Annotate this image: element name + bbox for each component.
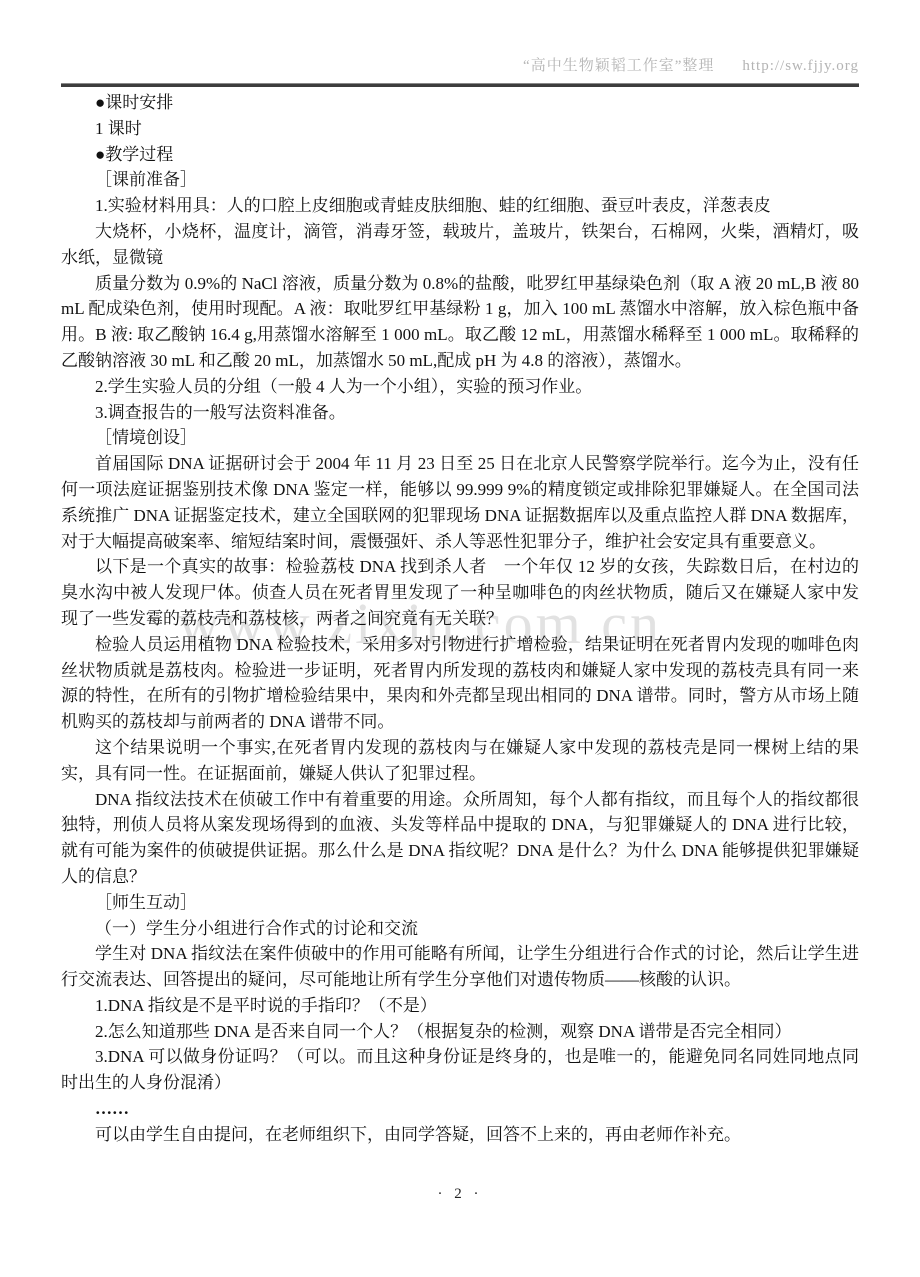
- para-question-2: 2.怎么知道那些 DNA 是否来自同一个人？（根据复杂的检测，观察 DNA 谱带…: [61, 1019, 859, 1045]
- para-question-3: 3.DNA 可以做身份证吗？（可以。而且这种身份证是终身的，也是唯一的，能避免同…: [61, 1044, 859, 1096]
- section-label-pre-class-prep: ［课前准备］: [61, 167, 859, 193]
- header-credit: “高中生物颖韬工作室”整理: [523, 54, 714, 75]
- para-report-writing-prep: 3.调查报告的一般写法资料准备。: [61, 400, 859, 426]
- para-result-conclusion: 这个结果说明一个事实,在死者胃内发现的荔枝肉与在嫌疑人家中发现的荔枝壳是同一棵树…: [61, 735, 859, 787]
- para-ellipsis: ……: [61, 1096, 859, 1122]
- section-label-scenario-creation: ［情境创设］: [61, 425, 859, 451]
- page-header: “高中生物颖韬工作室”整理 http://sw.fjjy.org: [61, 54, 859, 75]
- para-equipment-list: 大烧杯，小烧杯，温度计，滴管，消毒牙签，载玻片，盖玻片，铁架台，石棉网，火柴，酒…: [61, 219, 859, 271]
- text-one-class-hour: 1 课时: [61, 116, 859, 142]
- para-lychee-story-intro: 以下是一个真实的故事：检验荔枝 DNA 找到杀人者 一个年仅 12 岁的女孩，失…: [61, 554, 859, 631]
- para-experiment-materials: 1.实验材料用具：人的口腔上皮细胞或青蛙皮肤细胞、蛙的红细胞、蚕豆叶表皮，洋葱表…: [61, 193, 859, 219]
- para-discussion-guidance: 学生对 DNA 指纹法在案件侦破中的作用可能略有所闻，让学生分组进行合作式的讨论…: [61, 941, 859, 993]
- para-dna-testing-result: 检验人员运用植物 DNA 检验技术，采用多对引物进行扩增检验，结果证明在死者胃内…: [61, 632, 859, 735]
- header-url: http://sw.fjjy.org: [742, 58, 859, 75]
- bullet-item-class-hours: ●课时安排: [61, 90, 859, 116]
- document-page: “高中生物颖韬工作室”整理 http://sw.fjjy.org www.zix…: [0, 0, 920, 1277]
- header-rule: [61, 83, 859, 87]
- bullet-item-teaching-process: ●教学过程: [61, 142, 859, 168]
- para-dna-fingerprint-use: DNA 指纹法技术在侦破工作中有着重要的用途。众所周知，每个人都有指纹，而且每个…: [61, 787, 859, 890]
- section-label-teacher-student-interaction: ［师生互动］: [61, 890, 859, 916]
- para-question-1: 1.DNA 指纹是不是平时说的手指印？（不是）: [61, 993, 859, 1019]
- document-body: ●课时安排 1 课时 ●教学过程 ［课前准备］ 1.实验材料用具：人的口腔上皮细…: [61, 90, 859, 1148]
- page-number: · 2 ·: [0, 1186, 920, 1203]
- para-group-discussion-heading: （一）学生分小组进行合作式的讨论和交流: [61, 916, 859, 942]
- para-free-questions: 可以由学生自由提问，在老师组织下，由同学答疑，回答不上来的，再由老师作补充。: [61, 1122, 859, 1148]
- para-student-grouping: 2.学生实验人员的分组（一般 4 人为一个小组），实验的预习作业。: [61, 374, 859, 400]
- para-dna-evidence-conference: 首届国际 DNA 证据研讨会于 2004 年 11 月 23 日至 25 日在北…: [61, 451, 859, 554]
- para-solutions-preparation: 质量分数为 0.9%的 NaCl 溶液，质量分数为 0.8%的盐酸，吡罗红甲基绿…: [61, 271, 859, 374]
